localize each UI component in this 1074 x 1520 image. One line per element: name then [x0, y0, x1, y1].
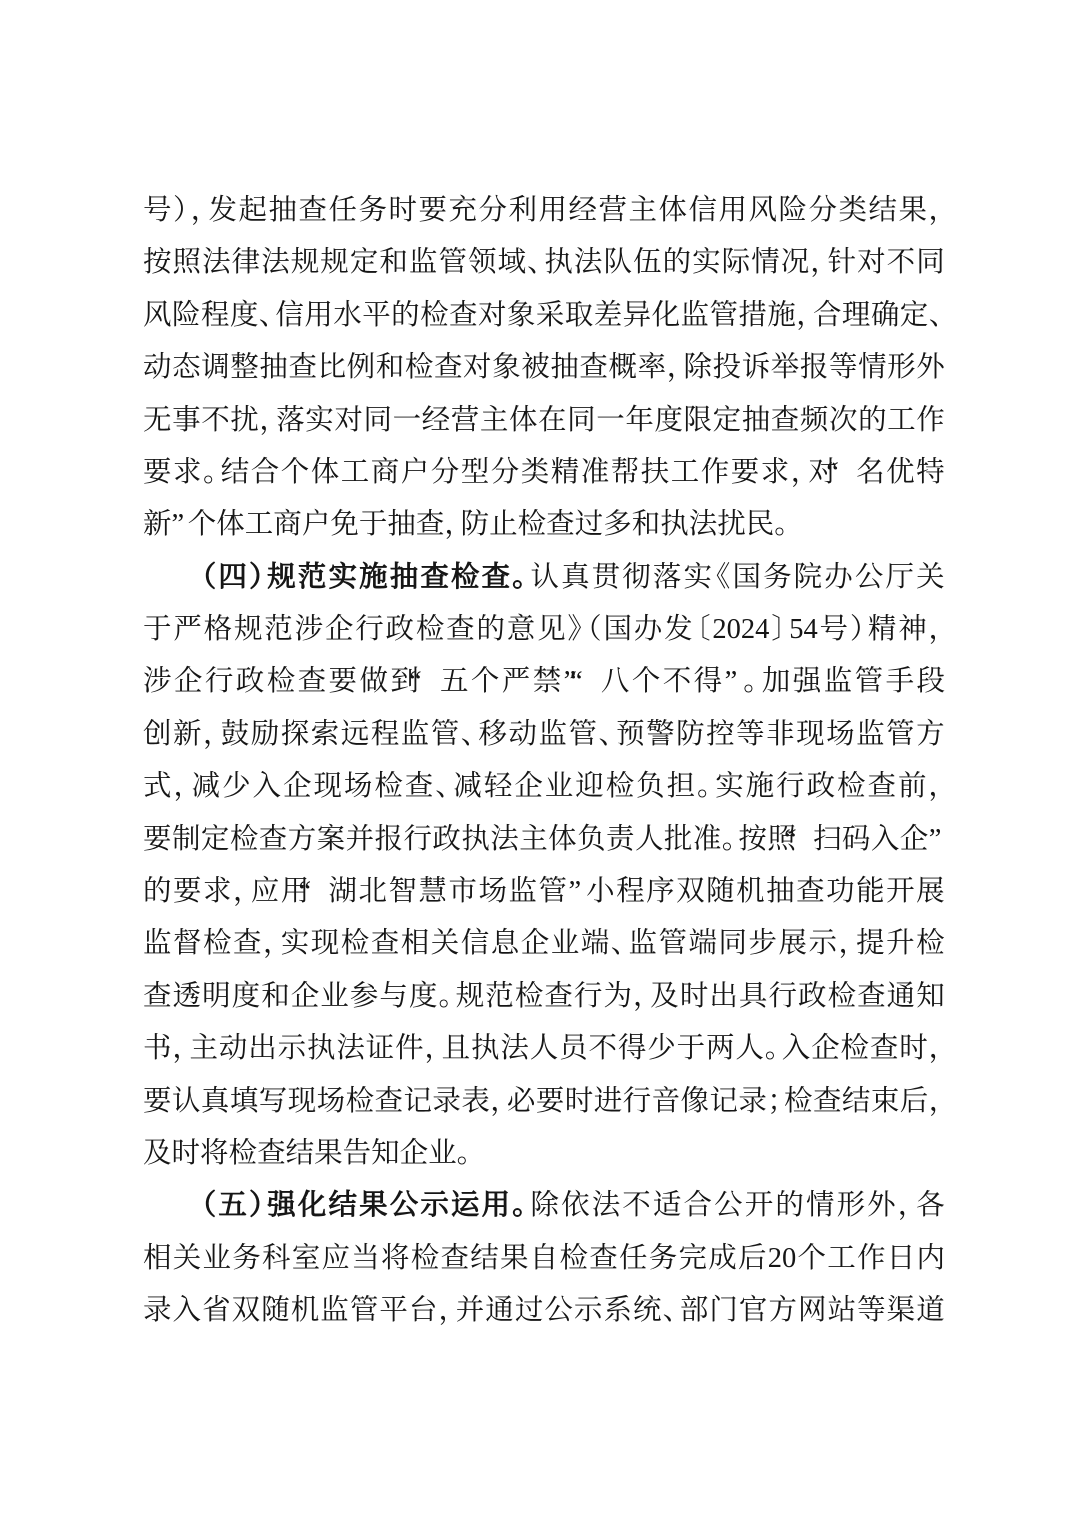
- body-text-char: 通: [485, 1297, 514, 1326]
- body-text-char: 被: [521, 354, 550, 383]
- body-text-char: 法: [574, 249, 603, 278]
- body-text-char: 际: [722, 249, 751, 278]
- body-text-char: 格: [204, 616, 233, 645]
- body-text-char: 管: [431, 721, 460, 750]
- body-text-char: 湖: [328, 878, 357, 907]
- body-text-char: 不: [622, 1192, 651, 1221]
- body-text-char: 年: [625, 407, 654, 436]
- body-text-char: 控: [706, 721, 735, 750]
- body-text-char: 定: [201, 826, 230, 855]
- body-text-char: ，: [898, 1192, 914, 1221]
- body-text-char: ；: [767, 1088, 783, 1117]
- body-text-char: 工: [341, 459, 370, 488]
- body-text-char: 营: [598, 197, 627, 226]
- body-text-char: 政: [807, 773, 836, 802]
- body-text-char: 结: [221, 459, 250, 488]
- body-text-char: 时: [565, 1088, 594, 1117]
- body-text-char: 案: [317, 826, 346, 855]
- body-text-char: 功: [826, 878, 855, 907]
- body-text-char: 的: [663, 249, 692, 278]
- body-text-char: “: [838, 459, 854, 488]
- text-line: 录入省双随机监管平台，并通过公示系统、部门官方网站等渠道: [143, 1285, 945, 1337]
- body-text-char: 照: [173, 249, 202, 278]
- body-text-char: 出: [709, 983, 738, 1012]
- body-text-char: 录: [143, 1297, 172, 1326]
- body-text-char: 准: [581, 459, 610, 488]
- body-text-char: 站: [828, 1297, 857, 1326]
- body-text-char: 检: [560, 1245, 589, 1274]
- body-text-char: 查: [257, 1140, 286, 1169]
- body-text-char: 频: [800, 407, 829, 436]
- body-text-char: 态: [172, 354, 201, 383]
- body-text-char: 鼓: [221, 721, 250, 750]
- body-text-char: 法: [592, 1192, 621, 1221]
- body-text-char: ，: [929, 616, 945, 645]
- body-text-char: ，: [424, 1035, 440, 1064]
- body-text-char: 查: [589, 1245, 618, 1274]
- body-text-char: 告: [343, 1140, 372, 1169]
- body-text-char: 院: [794, 564, 823, 593]
- body-text-char: 形: [887, 354, 916, 383]
- body-text-char: 官: [739, 1297, 768, 1326]
- body-text-char: 强: [793, 668, 822, 697]
- body-text-char: ”: [172, 511, 188, 540]
- body-text-char: 执: [461, 826, 490, 855]
- body-text-char: 于: [677, 1035, 706, 1064]
- body-text-char: 监: [681, 302, 710, 331]
- body-text-char: 要: [731, 459, 760, 488]
- body-text-char: 户: [302, 511, 331, 540]
- body-text-char: 抽: [766, 878, 795, 907]
- body-text-char: 将: [381, 1245, 410, 1274]
- body-text-char: 扰: [717, 511, 746, 540]
- body-text-char: 检: [841, 1035, 870, 1064]
- body-text-char: 实: [692, 249, 721, 278]
- body-text-char: 远: [341, 721, 370, 750]
- body-text-char: 不: [588, 1035, 617, 1064]
- body-text-char: 形: [837, 1192, 866, 1221]
- body-text-char: 。: [457, 1140, 473, 1169]
- body-text-char: 负: [636, 773, 665, 802]
- body-text-char: 外: [916, 354, 945, 383]
- body-text-char: 音: [652, 1088, 681, 1117]
- body-text-char: 实: [305, 407, 334, 436]
- body-text-char: 现: [311, 930, 340, 959]
- body-text-char: 查: [446, 616, 475, 645]
- body-text-char: 入: [871, 826, 900, 855]
- body-text-char: 落: [276, 407, 305, 436]
- body-text-char: 除: [530, 1192, 559, 1221]
- body-text-char: 业: [551, 930, 580, 959]
- body-text-char: 法: [500, 1035, 529, 1064]
- body-text-char: 相: [143, 1245, 172, 1274]
- body-text-char: ，: [233, 878, 249, 907]
- text-line: 及时将检查结果告知企业。: [143, 1128, 945, 1180]
- body-text-char: 度: [232, 983, 261, 1012]
- body-text-char: 用: [304, 302, 333, 331]
- section-heading-char: 。: [512, 1192, 528, 1221]
- body-text-char: 执: [471, 1035, 500, 1064]
- body-text-char: ，: [173, 773, 189, 802]
- body-text-char: 不: [663, 668, 692, 697]
- body-text-char: 认: [172, 1088, 201, 1117]
- body-text-char: 主: [628, 197, 657, 226]
- body-text-char: 员: [559, 1035, 588, 1064]
- body-text-char: 政: [386, 616, 415, 645]
- body-text-char: 果: [898, 197, 927, 226]
- body-text-char: 实: [281, 930, 310, 959]
- body-text-char: 行: [355, 616, 384, 645]
- text-line: 动态调整抽查比例和检查对象被抽查概率，除投诉举报等情形外: [143, 342, 945, 394]
- body-text-char: 企: [325, 616, 354, 645]
- body-text-char: 求: [203, 878, 232, 907]
- body-text-char: 迎: [575, 773, 604, 802]
- body-text-char: 果: [314, 1140, 343, 1169]
- body-text-char: 双: [676, 878, 705, 907]
- text-line: 的要求，应用“湖北智慧市场监管”小程序双随机抽查功能开展: [143, 866, 945, 918]
- body-text-char: 取: [565, 302, 594, 331]
- body-text-char: 示: [574, 1297, 603, 1326]
- body-text-char: 报: [800, 354, 829, 383]
- section-heading-char: 强: [267, 1192, 296, 1221]
- body-text-char: 提: [856, 930, 885, 959]
- body-text-char: 减: [453, 773, 482, 802]
- section-heading-char: 四: [218, 564, 247, 593]
- body-text-char: 管: [538, 878, 567, 907]
- body-text-char: 得: [694, 668, 723, 697]
- body-text-char: 〕: [771, 616, 787, 645]
- body-text-char: 查: [143, 983, 172, 1012]
- body-text-char: 动: [143, 354, 172, 383]
- body-text-char: 实: [715, 773, 744, 802]
- body-text-char: 务: [763, 564, 792, 593]
- body-text-char: 升: [886, 930, 915, 959]
- body-text-char: 抽: [387, 511, 416, 540]
- text-line: 要制定检查方案并报行政执法主体负责人批准。按照“扫码入企”: [143, 814, 945, 866]
- body-text-char: 象: [492, 354, 521, 383]
- body-text-char: 扫: [813, 826, 842, 855]
- body-text-char: 于: [143, 616, 172, 645]
- body-text-char: 结: [286, 1140, 315, 1169]
- body-text-char: 并: [456, 1297, 485, 1326]
- body-text-char: 录: [432, 1088, 461, 1117]
- body-text-char: 合: [684, 1192, 713, 1221]
- body-text-char: 写: [259, 1088, 288, 1117]
- body-text-char: “: [421, 668, 437, 697]
- body-text-char: 信: [688, 197, 717, 226]
- body-text-char: ，: [838, 930, 854, 959]
- body-text-char: ，: [259, 407, 275, 436]
- body-text-char: 落: [653, 564, 682, 593]
- body-text-char: 随: [706, 878, 735, 907]
- body-text-char: 个: [632, 668, 661, 697]
- body-text-char: 。: [697, 773, 713, 802]
- body-text-char: 监: [143, 930, 172, 959]
- body-text-char: 同: [718, 930, 747, 959]
- body-text-char: 现: [288, 1088, 317, 1117]
- body-text-char: 少: [647, 1035, 676, 1064]
- body-text-char: 在: [538, 407, 567, 436]
- body-text-char: 和: [632, 511, 661, 540]
- body-text-char: 合: [813, 302, 842, 331]
- body-text-char: 公: [714, 1192, 743, 1221]
- body-text-char: 、: [527, 249, 543, 278]
- body-text-char: 商: [371, 459, 400, 488]
- body-text-char: ，: [928, 773, 944, 802]
- body-text-char: 警: [646, 721, 675, 750]
- body-text-char: 智: [388, 878, 417, 907]
- body-text-char: 作: [857, 1245, 886, 1274]
- body-text-char: 查: [416, 511, 445, 540]
- body-text-char: 个: [188, 511, 217, 540]
- body-text-char: 主: [480, 407, 509, 436]
- section-heading-char: 果: [359, 1192, 388, 1221]
- body-text-char: 查: [298, 197, 327, 226]
- body-text-char: 成: [708, 1245, 737, 1274]
- body-text-char: 经: [422, 407, 451, 436]
- body-text-char: 室: [292, 1245, 321, 1274]
- body-text-char: 查: [371, 930, 400, 959]
- body-text-char: 完: [679, 1245, 708, 1274]
- body-text-char: ，: [796, 302, 812, 331]
- body-text-char: 行: [768, 983, 797, 1012]
- body-text-char: 2024: [712, 616, 769, 645]
- body-text-char: 查: [857, 983, 886, 1012]
- body-text-char: 程: [616, 878, 645, 907]
- body-text-char: 通: [887, 983, 916, 1012]
- body-text-char: 工: [827, 1245, 856, 1274]
- body-text-char: 检: [267, 668, 296, 697]
- body-text-char: 主: [189, 1035, 218, 1064]
- body-text-char: 必: [507, 1088, 536, 1117]
- body-text-char: 对: [463, 354, 492, 383]
- body-text-char: 法: [336, 1035, 365, 1064]
- body-text-char: 求: [173, 459, 202, 488]
- body-text-char: 不: [887, 249, 916, 278]
- body-text-char: 应: [322, 1245, 351, 1274]
- body-text-char: 、: [929, 302, 945, 331]
- body-text-char: 的: [143, 878, 172, 907]
- section-heading-char: 实: [328, 564, 357, 593]
- body-text-char: 监: [409, 249, 438, 278]
- body-text-char: 检: [230, 826, 259, 855]
- body-text-char: 法: [490, 826, 519, 855]
- body-text-char: 并: [346, 826, 375, 855]
- body-text-char: 担: [667, 773, 696, 802]
- body-text-char: 查: [288, 354, 317, 383]
- body-text-char: 法: [202, 249, 231, 278]
- body-text-char: 等: [736, 721, 765, 750]
- body-text-char: 入: [253, 773, 282, 802]
- body-text-char: 风: [748, 197, 777, 226]
- body-text-char: 管: [350, 1297, 379, 1326]
- body-text-char: 双: [232, 1297, 261, 1326]
- body-text-char: 免: [330, 511, 359, 540]
- body-text-char: 分: [431, 459, 460, 488]
- body-text-char: 发: [208, 197, 237, 226]
- body-text-char: 新: [173, 721, 202, 750]
- body-text-char: 随: [261, 1297, 290, 1326]
- body-text-char: 方: [916, 721, 945, 750]
- body-text-char: 体: [216, 511, 245, 540]
- body-text-char: 填: [230, 1088, 259, 1117]
- body-text-char: 场: [317, 1088, 346, 1117]
- body-text-char: 、: [461, 721, 477, 750]
- body-text-char: 投: [713, 354, 742, 383]
- body-text-char: 知: [371, 1140, 400, 1169]
- body-text-char: 公: [544, 1297, 573, 1326]
- body-text-char: 端: [581, 930, 610, 959]
- body-text-char: 开: [886, 878, 915, 907]
- body-text-char: 度: [230, 302, 259, 331]
- body-text-char: 户: [401, 459, 430, 488]
- body-text-char: 外: [867, 1192, 896, 1221]
- body-text-char: 的: [476, 616, 505, 645]
- body-text-char: 分: [478, 197, 507, 226]
- body-text-char: 针: [828, 249, 857, 278]
- body-text-char: 充: [448, 197, 477, 226]
- body-text-char: 平: [379, 1297, 408, 1326]
- body-text-char: 证: [366, 1035, 395, 1064]
- section-heading-char: 范: [298, 564, 327, 593]
- body-text-char: 检: [346, 1088, 375, 1117]
- body-text-char: 序: [646, 878, 675, 907]
- body-text-char: 执: [307, 1035, 336, 1064]
- body-text-char: 况: [781, 249, 810, 278]
- body-text-char: 类: [838, 197, 867, 226]
- body-text-char: 名: [856, 459, 885, 488]
- body-text-char: 查: [233, 930, 262, 959]
- body-text-char: 的: [858, 407, 887, 436]
- body-text-char: 情: [806, 1192, 835, 1221]
- text-line: 查透明度和企业参与度。规范检查行为，及时出具行政检查通知: [143, 971, 945, 1023]
- body-text-char: 风: [143, 302, 172, 331]
- body-text-char: “: [796, 826, 812, 855]
- body-text-char: 日: [887, 1245, 916, 1274]
- document-page: 号），发起抽查任务时要充分利用经营主体信用风险分类结果，按照法律法规规定和监管领…: [0, 0, 1074, 1520]
- body-text-char: 且: [442, 1035, 471, 1064]
- body-text-char: 时: [899, 1035, 928, 1064]
- body-text-char: 程: [201, 302, 230, 331]
- body-text-char: 、: [611, 930, 627, 959]
- body-text-char: 防: [676, 721, 705, 750]
- body-text-char: ，: [667, 354, 683, 383]
- body-text-char: 场: [826, 721, 855, 750]
- body-text-char: 展: [778, 930, 807, 959]
- body-text-char: 监: [401, 721, 430, 750]
- body-text-char: 后: [738, 1245, 767, 1274]
- body-text-char: 适: [653, 1192, 682, 1221]
- body-text-char: 分: [491, 459, 520, 488]
- body-text-char: 律: [232, 249, 261, 278]
- body-text-char: 定: [900, 302, 929, 331]
- body-text-char: 批: [664, 826, 693, 855]
- body-text-char: 监: [320, 1297, 349, 1326]
- body-text-char: 方: [768, 1297, 797, 1326]
- body-text-char: 要: [143, 826, 172, 855]
- body-text-char: ，: [928, 197, 944, 226]
- body-text-char: 台: [409, 1297, 438, 1326]
- body-text-char: 施: [767, 302, 796, 331]
- body-text-char: “: [582, 668, 598, 697]
- body-text-char: 信: [275, 302, 304, 331]
- body-text-char: 情: [751, 249, 780, 278]
- body-text-char: 扶: [641, 459, 670, 488]
- body-text-char: 政: [798, 983, 827, 1012]
- body-text-char: 比: [318, 354, 347, 383]
- body-text-char: 一: [596, 407, 625, 436]
- text-line: （五）强化结果公示运用。除依法不适合公开的情形外，各: [143, 1180, 945, 1232]
- body-text-char: 具: [739, 983, 768, 1012]
- body-text-char: ，: [263, 930, 279, 959]
- text-line: 要求。结合个体工商户分型分类精准帮扶工作要求，对“名优特: [143, 447, 945, 499]
- body-text-char: 新: [143, 511, 172, 540]
- body-text-char: 定: [350, 249, 379, 278]
- body-text-char: 录: [738, 1088, 767, 1117]
- body-text-char: 禁: [533, 668, 562, 697]
- body-text-char: ，: [791, 459, 807, 488]
- body-text-char: 采: [536, 302, 565, 331]
- body-text-char: 参: [350, 983, 379, 1012]
- body-text-char: 少: [222, 773, 251, 802]
- body-text-char: 系: [603, 1297, 632, 1326]
- body-text-char: 各: [916, 1192, 945, 1221]
- body-text-char: 省: [202, 1297, 231, 1326]
- body-text-char: 企: [291, 983, 320, 1012]
- body-text-char: 束: [871, 1088, 900, 1117]
- body-text-char: 能: [856, 878, 885, 907]
- section-heading-char: 运: [451, 1192, 480, 1221]
- body-text-char: 程: [371, 721, 400, 750]
- body-text-char: 检: [405, 354, 434, 383]
- body-text-char: 轻: [484, 773, 513, 802]
- body-text-char: 工: [245, 511, 274, 540]
- body-text-char: 检: [341, 930, 370, 959]
- body-text-char: ，: [172, 1035, 188, 1064]
- body-text-char: 手: [886, 668, 915, 697]
- body-text-char: 体: [548, 826, 577, 855]
- body-text-char: 举: [771, 354, 800, 383]
- body-text-char: 营: [451, 407, 480, 436]
- body-text-char: 涉: [295, 616, 324, 645]
- body-text-char: 体: [658, 197, 687, 226]
- body-text-char: 体: [509, 407, 538, 436]
- body-text-char: 检: [416, 616, 445, 645]
- body-text-char: 工: [887, 407, 916, 436]
- text-line: （四）规范实施抽查检查。认真贯彻落实《国务院办公厅关: [143, 552, 945, 604]
- body-text-char: 号: [820, 616, 849, 645]
- body-text-char: 认: [530, 564, 559, 593]
- body-text-char: 检: [515, 983, 544, 1012]
- body-text-char: 果: [500, 1245, 529, 1274]
- body-text-char: 率: [638, 354, 667, 383]
- body-text-char: 监: [508, 878, 537, 907]
- body-text-char: 检: [784, 1088, 813, 1117]
- body-text-char: 励: [251, 721, 280, 750]
- body-text-char: 抽: [742, 407, 771, 436]
- body-text-char: （: [585, 616, 601, 645]
- body-text-char: 督: [173, 930, 202, 959]
- body-text-char: 等: [829, 354, 858, 383]
- body-text-char: 检: [420, 302, 449, 331]
- body-text-char: 检: [229, 1140, 258, 1169]
- document-lines: 号），发起抽查任务时要充分利用经营主体信用风险分类结果，按照法律法规规定和监管领…: [143, 185, 945, 1338]
- body-text-char: 见: [537, 616, 566, 645]
- body-text-char: 厅: [886, 564, 915, 593]
- body-text-char: 预: [616, 721, 645, 750]
- body-text-char: 办: [824, 564, 853, 593]
- body-text-char: 国: [603, 616, 632, 645]
